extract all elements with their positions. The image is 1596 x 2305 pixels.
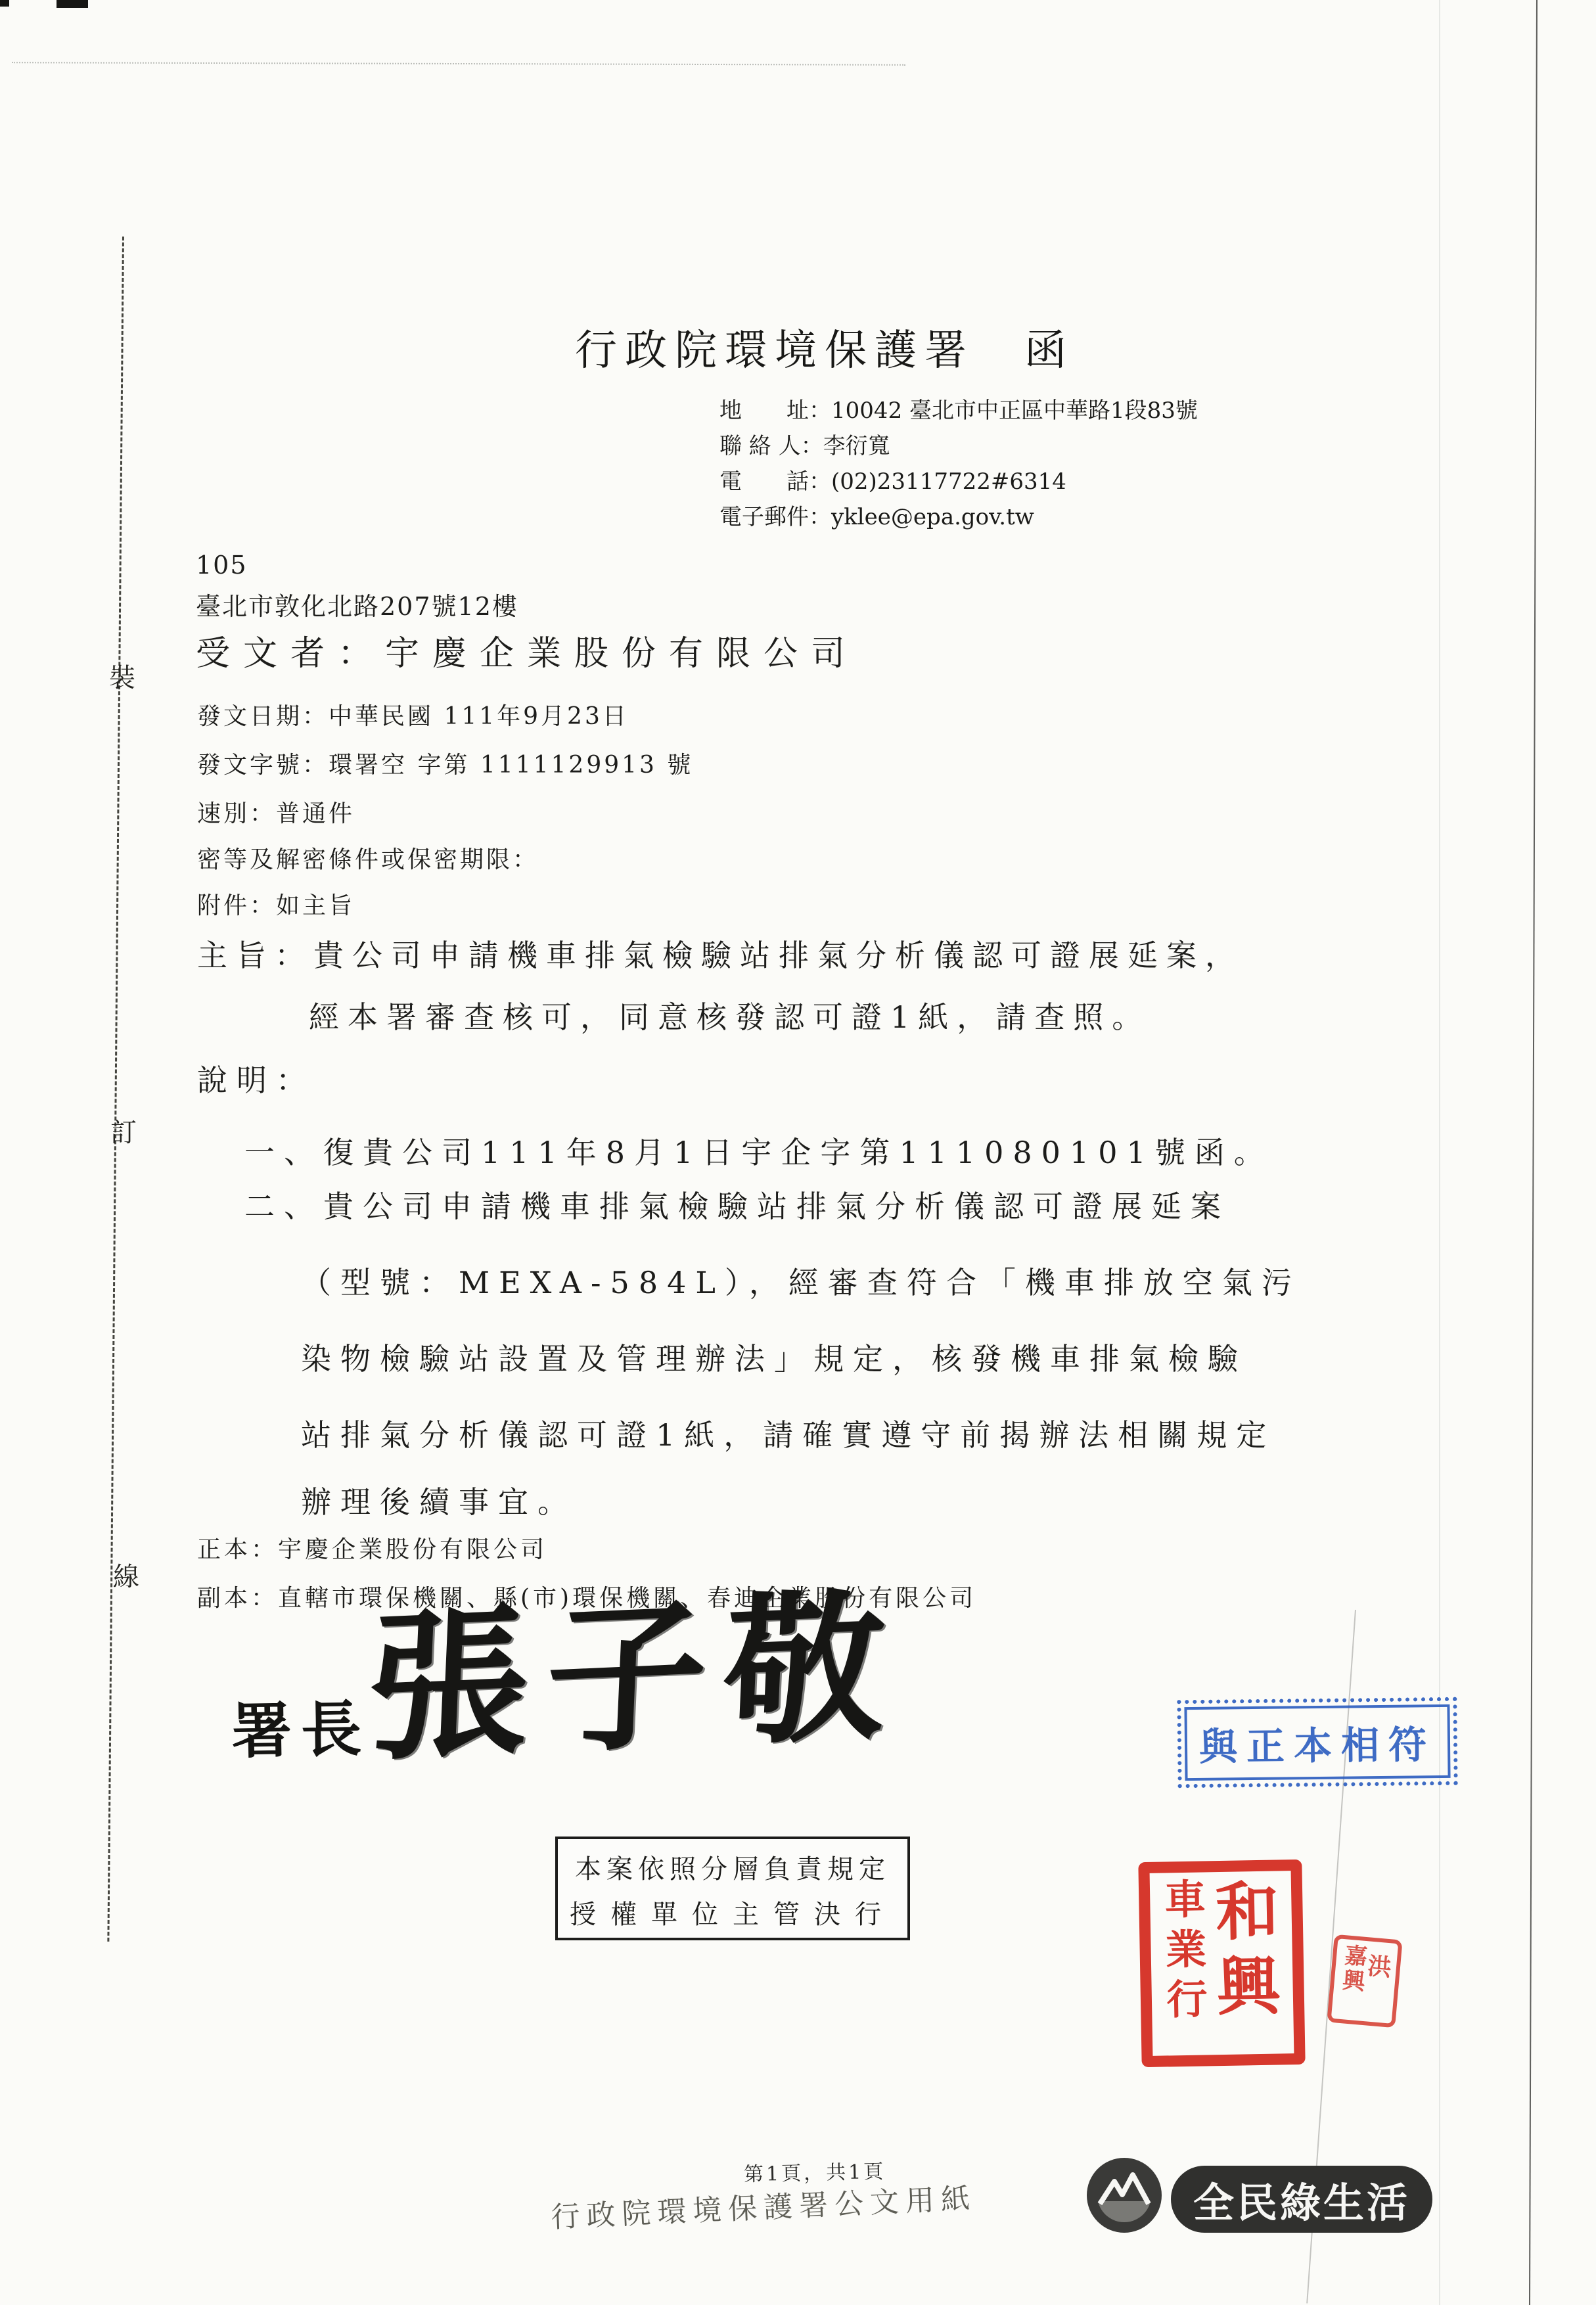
scan-crease-line xyxy=(1529,0,1538,2305)
authorization-line-2: 授權單位主管決行 xyxy=(570,1894,896,1931)
scan-scratch-line xyxy=(12,62,905,66)
sender-contact-label: 聯 絡 人： xyxy=(719,428,823,464)
scanned-letter-page: 裝 訂 線 行政院環境保護署 函 地 址：10042 臺北市中正區中華路1段83… xyxy=(0,0,1596,2305)
authorization-box: 本案依照分層負責規定 授權單位主管決行 xyxy=(555,1837,910,1940)
sender-info-block: 地 址：10042 臺北市中正區中華路1段83號 聯 絡 人：李衍寬 電 話：(… xyxy=(719,393,1198,535)
name-seal: 洪 嘉興 xyxy=(1327,1934,1402,2028)
sender-address-label: 地 址： xyxy=(719,393,831,428)
original-copy-line: 正本：宇慶企業股份有限公司 xyxy=(197,1531,547,1564)
epa-emblem-icon xyxy=(1085,2157,1163,2234)
explanation-item-1: 一、復貴公司111年8月1日宇企字第111080101號函。 xyxy=(244,1129,1273,1172)
sender-contact-value: 李衍寬 xyxy=(823,433,890,459)
sender-email-value: yklee@epa.gov.tw xyxy=(831,504,1034,530)
speed-class-line: 速別：普通件 xyxy=(197,795,355,829)
authorization-line-1: 本案依照分層負責規定 xyxy=(570,1848,896,1886)
explanation-item-2-line-5: 辦理後續事宜。 xyxy=(301,1478,577,1522)
margin-mark-zhuang: 裝 xyxy=(109,657,135,695)
sender-email-label: 電子郵件： xyxy=(719,499,831,535)
recipient-line: 受文者：宇慶企業股份有限公司 xyxy=(196,626,858,675)
subject-line-1: 主旨：貴公司申請機車排氣檢驗站排氣分析儀認可證展延案， xyxy=(197,932,1244,975)
sender-phone-label: 電 話： xyxy=(719,464,831,499)
explanation-item-2-line-4: 站排氣分析儀認可證1紙，請確實遵守前揭辦法相關規定 xyxy=(301,1411,1275,1455)
recipient-postal-code: 105 xyxy=(196,551,248,580)
letter-title: 行政院環境保護署 函 xyxy=(496,317,1153,377)
company-seal-left-column: 車業行 xyxy=(1152,1877,1214,2028)
subject-line-2: 經本署審查核可，同意核發認可證1紙，請查照。 xyxy=(309,993,1151,1037)
explanation-item-2-line-2: （型號：MEXA-584L），經審查符合「機車排放空氣污 xyxy=(301,1259,1301,1302)
signature-title: 署長 xyxy=(231,1681,371,1770)
green-life-pill: 全民綠生活 xyxy=(1171,2166,1432,2233)
issue-date-line: 發文日期：中華民國 111年9月23日 xyxy=(197,698,629,731)
sender-contact-row: 聯 絡 人：李衍寬 xyxy=(719,428,1198,464)
security-class-line: 密等及解密條件或保密期限： xyxy=(197,841,539,875)
scan-edge-mark xyxy=(57,0,88,8)
company-seal: 和興 車業行 xyxy=(1138,1860,1305,2067)
certified-copy-stamp: 與正本相符 xyxy=(1177,1697,1457,1788)
explanation-item-2-line-3: 染物檢驗站設置及管理辦法」規定，核發機車排氣檢驗 xyxy=(301,1335,1247,1379)
footer-paper-name: 行政院環境保護署公文用紙 xyxy=(550,2174,977,2235)
binding-dashed-line xyxy=(107,237,124,1942)
explanation-heading: 說明： xyxy=(197,1057,315,1100)
recipient-address: 臺北市敦化北路207號12樓 xyxy=(196,586,518,622)
scan-edge-mark xyxy=(0,0,9,7)
certified-copy-stamp-text: 與正本相符 xyxy=(1199,1714,1436,1771)
sender-address-value: 10042 臺北市中正區中華路1段83號 xyxy=(831,398,1198,424)
sender-email-row: 電子郵件：yklee@epa.gov.tw xyxy=(719,499,1198,535)
sender-phone-row: 電 話：(02)23117722#6314 xyxy=(719,464,1198,499)
margin-mark-ding: 訂 xyxy=(110,1112,137,1149)
director-signature: 張子敬 xyxy=(365,1585,905,1769)
explanation-item-2-line-1: 二、貴公司申請機車排氣檢驗站排氣分析儀認可證展延案 xyxy=(244,1183,1230,1226)
name-seal-left-column: 嘉興 xyxy=(1334,1942,1371,1995)
sender-phone-value: (02)23117722#6314 xyxy=(831,468,1066,495)
margin-mark-xian: 線 xyxy=(113,1556,139,1593)
attachment-line: 附件：如主旨 xyxy=(197,887,355,921)
certified-copy-stamp-frame: 與正本相符 xyxy=(1184,1704,1450,1781)
sender-address-row: 地 址：10042 臺北市中正區中華路1段83號 xyxy=(719,393,1198,428)
scan-crease-line xyxy=(1439,0,1440,2305)
doc-number-line: 發文字號：環署空 字第 1111129913 號 xyxy=(197,746,693,780)
